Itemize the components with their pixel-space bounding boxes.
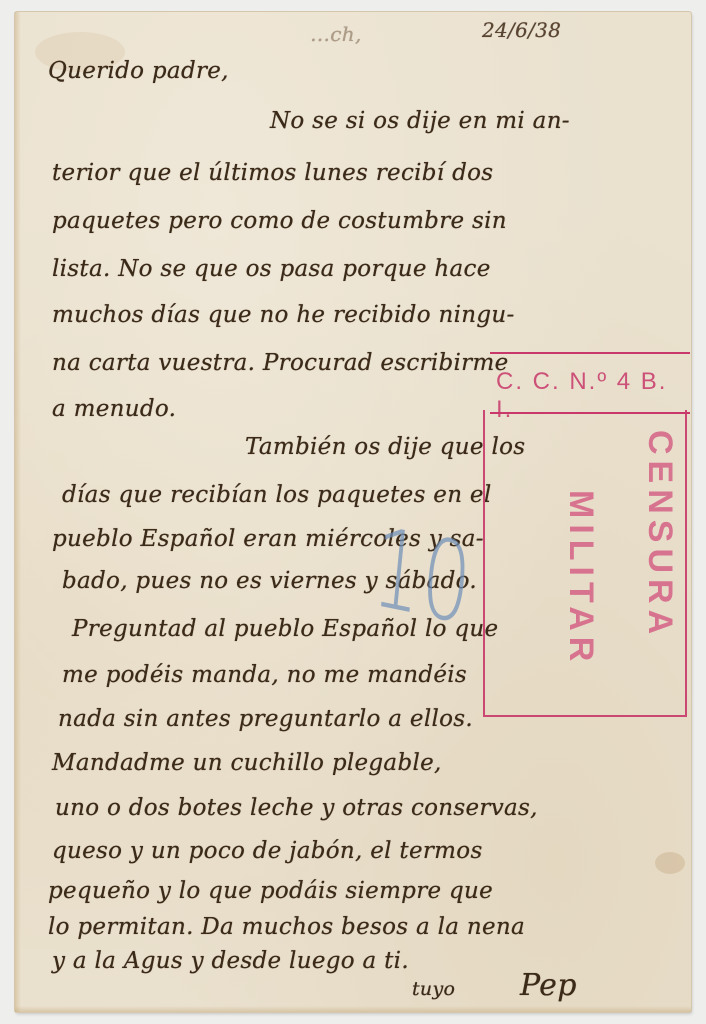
- letter-line: na carta vuestra. Procurad escribirme: [52, 350, 508, 376]
- censor-stamp-box: CENSURA MILITAR: [483, 410, 687, 717]
- letter-line: a menudo.: [52, 396, 176, 422]
- letter-line: queso y un poco de jabón, el termos: [52, 838, 483, 864]
- letter-line: lista. No se que os pasa porque hace: [52, 256, 491, 282]
- letter-line: muchos días que no he recibido ningu-: [52, 302, 515, 328]
- censor-stamp-militar: MILITAR: [561, 490, 600, 667]
- censor-stamp-header: C. C. N.º 4 B. I.: [490, 352, 690, 414]
- letter-line: No se si os dije en mi an-: [270, 108, 570, 134]
- letter-line: me podéis manda, no me mandéis: [62, 662, 467, 688]
- letter-date: 24/6/38: [482, 18, 561, 42]
- signature: Pep: [520, 968, 577, 1003]
- letter-line: y a la Agus y desde luego a ti.: [52, 948, 409, 974]
- closing-word: tuyo: [412, 978, 455, 1000]
- censor-stamp-censura: CENSURA: [640, 430, 679, 640]
- paper-stain: [655, 852, 685, 874]
- blue-pencil-mark: 10: [367, 503, 477, 649]
- letter-line: uno o dos botes leche y otras conservas,: [55, 795, 538, 821]
- letter-line: lo permitan. Da muchos besos a la nena: [48, 914, 525, 940]
- letter-line: paquetes pero como de costumbre sin: [52, 208, 507, 234]
- faded-place-text: …ch,: [310, 22, 362, 46]
- letter-line: terior que el últimos lunes recibí dos: [52, 160, 493, 186]
- letter-line: pequeño y lo que podáis siempre que: [48, 878, 493, 904]
- letter-line: días que recibían los paquetes en el: [62, 482, 492, 508]
- letter-line: nada sin antes preguntarlo a ellos.: [58, 706, 473, 732]
- letter-line: Mandadme un cuchillo plegable,: [52, 750, 442, 776]
- salutation: Querido padre,: [48, 58, 229, 84]
